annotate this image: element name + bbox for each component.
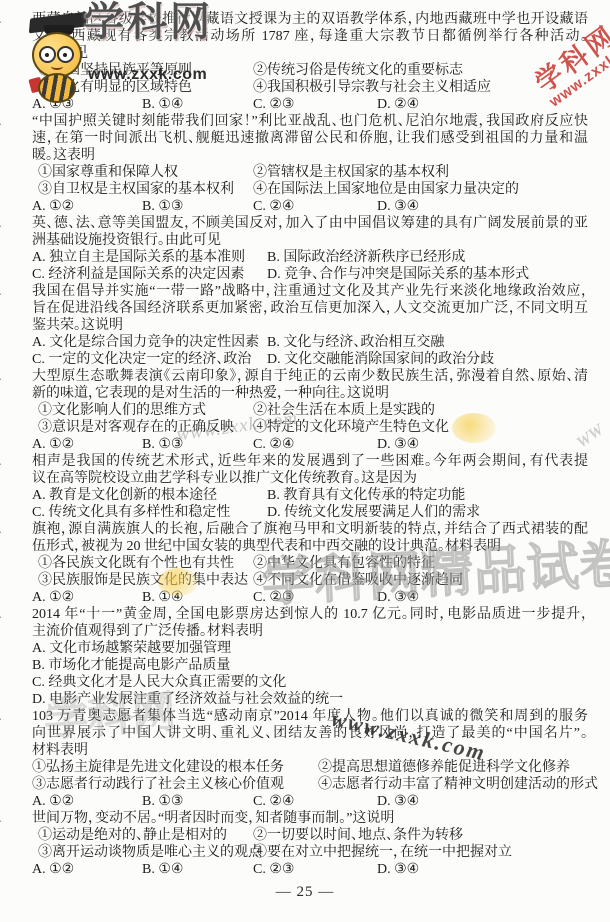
choice: C. ②④ [253,793,294,810]
question-18: 18. 我国在倡导并实施“一带一路”战略中，注重通过文化及其产业先行来淡化地缘政… [8,283,588,368]
zxxk-mascot-icon [26,10,90,104]
question-stem: 旨在促进沿线各国经济联系更加紧密，政治互信更加深入，人文交流更加广泛，不同文明互 [32,300,588,317]
choice: A. 教育是文化创新的根本途径 [32,487,217,504]
choice: D. ③④ [377,198,419,215]
question-stem: “中国护照关键时刻能带我们回家！”利比亚战乱、也门危机、尼泊尔地震，我国政府反应… [32,113,588,130]
choice: C. 一定的文化决定一定的经济、政治 [32,351,251,368]
question-stem: 暖。这表明 [32,147,588,164]
choice: C. 经济利益是国际关系的决定因素 [32,266,244,283]
option-row: ③志愿者行动践行了社会主义核心价值观 ④志愿者行动丰富了精神文明创建活动的形式 [32,776,588,793]
option-row: ③自卫权是主权国家的基本权利 ④在国际法上国家地位是由国家力量决定的 [32,181,588,198]
option: ③志愿者行动践行了社会主义核心价值观 [32,776,284,793]
question-stem: 英、德、法、意等美国盟友，不顾美国反对，加入了由中国倡议筹建的具有广阔发展前景的… [32,215,588,232]
option: ③离开运动谈物质是唯心主义的观点 [38,844,262,861]
option-row: ①文化影响人们的思维方式 ②社会生活在本质上是实践的 [32,402,588,419]
option: ①各民族文化既有个性也有共性 [38,555,234,572]
choice: B. ①③ [142,198,183,215]
option: ④志愿者行动丰富了精神文明创建活动的形式 [318,776,598,793]
choice: A. ①② [32,589,74,606]
mascot-ghost-blob [452,413,496,443]
choice: C. 经典文化才是人民大众真正需要的文化 [32,674,588,691]
option: ④我国积极引导宗教与社会主义相适应 [253,79,491,96]
choice: B. 国际政治经济新秩序已经形成 [267,249,465,266]
mascot-eye [57,46,74,63]
choice: A. ①② [32,436,74,453]
choice: A. ①② [32,793,74,810]
choice: B. 教育具有文化传承的特定功能 [267,487,465,504]
option-row: ③意识是对客观存在的正确反映 ④特定的文化环境产生特色文化 [32,419,588,436]
question-stem: 新的味道，它表现的是对生活的一种热爱，一种向往。这说明 [32,385,588,402]
question-stem: 主流价值观得到了广泛传播。材料表明 [32,623,588,640]
question-16: 16. “中国护照关键时刻能带我们回家！”利比亚战乱、也门危机、尼泊尔地震，我国… [8,113,588,215]
question-stem: 洲基础设施投资银行。由此可见 [32,232,588,249]
choice-row: A. ①② B. ①③ C. ②④ D. ③④ [32,436,588,453]
mascot-face [32,32,82,78]
option: ④要在对立中把握统一，在统一中把握对立 [253,844,512,861]
choice: A. 文化市场越繁荣越要加强管理 [32,640,588,657]
choice: C. ②③ [253,96,294,113]
question-number: 18. [0,283,2,300]
question-number: 21. [0,521,2,538]
option: ②管辖权是主权国家的基本权利 [253,164,449,181]
choice: C. ②④ [253,436,294,453]
choice-row: A. 文化是综合国力竞争的决定性因素 B. 文化与经济、政治相互交融 [32,334,588,351]
question-stem: 世间万物，变动不居。“明者因时而变，知者随事而制。”这说明 [32,810,588,827]
choice: B. 市场化才能提高电影产品质量 [32,657,588,674]
choice-row: C. 经济利益是国际关系的决定因素 D. 竞争、合作与冲突是国际关系的基本形式 [32,266,588,283]
option: ①国家尊重和保障人权 [38,164,178,181]
mascot-body [38,73,76,103]
choice: C. ②③ [253,861,294,878]
choice-row: A. ①② B. ①③ C. ②④ D. ③④ [32,793,588,810]
choice: D. ③④ [377,793,419,810]
choice-row: A. 独立自主是国际关系的基本准则 B. 国际政治经济新秩序已经形成 [32,249,588,266]
option: ①运动是绝对的、静止是相对的 [38,827,227,844]
choice: D. ③④ [377,436,419,453]
option: ④在国际法上国家地位是由国家力量决定的 [253,181,519,198]
question-19: 19. 大型原生态歌舞表演《云南印象》，源自于纯正的云南少数民族生活，弥漫着自然… [8,368,588,453]
choice: A. ①② [32,861,74,878]
choice: D. ③④ [377,861,419,878]
option-row: ③离开运动谈物质是唯心主义的观点 ④要在对立中把握统一，在统一中把握对立 [32,844,588,861]
choice: A. 文化是综合国力竞争的决定性因素 [32,334,259,351]
question-number: 22. [0,606,2,623]
question-17: 17. 英、德、法、意等美国盟友，不顾美国反对，加入了由中国倡议筹建的具有广阔发… [8,215,588,283]
question-number: 24. [0,810,2,827]
logo-url: www.zxxk.com [88,66,207,83]
question-stem: 旗袍，源自满族旗人的长袍，后融合了旗袍马甲和文明新装的特点，并结合了西式裙装的配 [32,521,588,538]
question-20: 20. 相声是我国的传统艺术形式，近些年来的发展遇到了一些困难。今年两会期间，有… [8,453,588,521]
option: ③自卫权是主权国家的基本权利 [38,181,234,198]
exam-page: 15. 西藏自治区各级学校推行以藏语文授课为主的双语教学体系，内地西藏班中学也开… [0,0,610,922]
option: ①文化影响人们的思维方式 [38,402,206,419]
question-stem: 我国在倡导并实施“一带一路”战略中，注重通过文化及其产业先行来淡化地缘政治效应， [32,283,588,300]
question-list: 15. 西藏自治区各级学校推行以藏语文授课为主的双语教学体系，内地西藏班中学也开… [8,11,588,878]
mascot-mouth [51,63,63,70]
option: ②传统习俗是传统文化的重要标志 [253,62,463,79]
choice: B. ①④ [142,861,183,878]
question-stem: 鉴共荣。这说明 [32,317,588,334]
question-number: 20. [0,453,2,470]
option: ②提高思想道德修养能促进科学文化修养 [318,759,570,776]
choice-row: A. 教育是文化创新的根本途径 B. 教育具有文化传承的特定功能 [32,487,588,504]
option-row: ①国家尊重和保障人权 ②管辖权是主权国家的基本权利 [32,164,588,181]
choice: D. 传统文化发展要满足人们的需求 [267,504,480,521]
question-24: 24. 世间万物，变动不居。“明者因时而变，知者随事而制。”这说明 ①运动是绝对… [8,810,588,878]
choice: C. 传统文化具有多样性和稳定性 [32,504,230,521]
option: ①弘扬主旋律是先进文化建设的根本任务 [32,759,284,776]
option-row: ①运动是绝对的、静止是相对的 ②一切要以时间、地点、条件为转移 [32,827,588,844]
question-stem: 材料表明 [32,742,588,759]
question-number: 23. [0,708,2,725]
mascot-ghost-blob [158,568,198,596]
option: ②一切要以时间、地点、条件为转移 [253,827,463,844]
page-number: — 25 — [0,884,610,901]
question-stem: 议在高等院校设立曲艺学科专业以推广文化传统教育。这是因为 [32,470,588,487]
choice: D. 文化交融能消除国家间的政治分歧 [267,351,494,368]
question-stem: 速，在第一时间派出飞机、舰艇迅速撤离滞留公民和侨胞，让我们感受到祖国的力量和温 [32,130,588,147]
mascot-eye [39,46,56,63]
option-row: ①弘扬主旋律是先进文化建设的根本任务 ②提高思想道德修养能促进科学文化修养 [32,759,588,776]
choice: D. 竞争、合作与冲突是国际关系的基本形式 [267,266,529,283]
question-stem: 大型原生态歌舞表演《云南印象》，源自于纯正的云南少数民族生活，弥漫着自然、原始、… [32,368,588,385]
question-number: 17. [0,215,2,232]
choice: A. 独立自主是国际关系的基本准则 [32,249,245,266]
choice: C. ②④ [253,198,294,215]
choice: B. 文化与经济、政治相互交融 [267,334,444,351]
question-number: 19. [0,368,2,385]
outline-banner-watermark: 学科网精品试卷 [262,556,610,592]
option: ③民族服饰是民族文化的集中表达 [38,572,248,589]
logo-site-name: 学科网 [84,14,213,31]
choice: A. ①② [32,198,74,215]
zxxk-logo: 学科网 www.zxxk.com [26,4,241,106]
choice: B. ①③ [142,793,183,810]
question-number: 15. [0,11,2,28]
choice-row: C. 一定的文化决定一定的经济、政治 D. 文化交融能消除国家间的政治分歧 [32,351,588,368]
choice: D. ②④ [377,96,419,113]
choice-row: A. ①② B. ①③ C. ②④ D. ③④ [32,198,588,215]
choice-row: A. ①② B. ①④ C. ②③ D. ③④ [32,861,588,878]
question-stem: 相声是我国的传统艺术形式，近些年来的发展遇到了一些困难。今年两会期间，有代表提 [32,453,588,470]
question-number: 16. [0,113,2,130]
faint-site-watermark: 学科网 [44,703,177,729]
choice-row: C. 传统文化具有多样性和稳定性 D. 传统文化发展要满足人们的需求 [32,504,588,521]
